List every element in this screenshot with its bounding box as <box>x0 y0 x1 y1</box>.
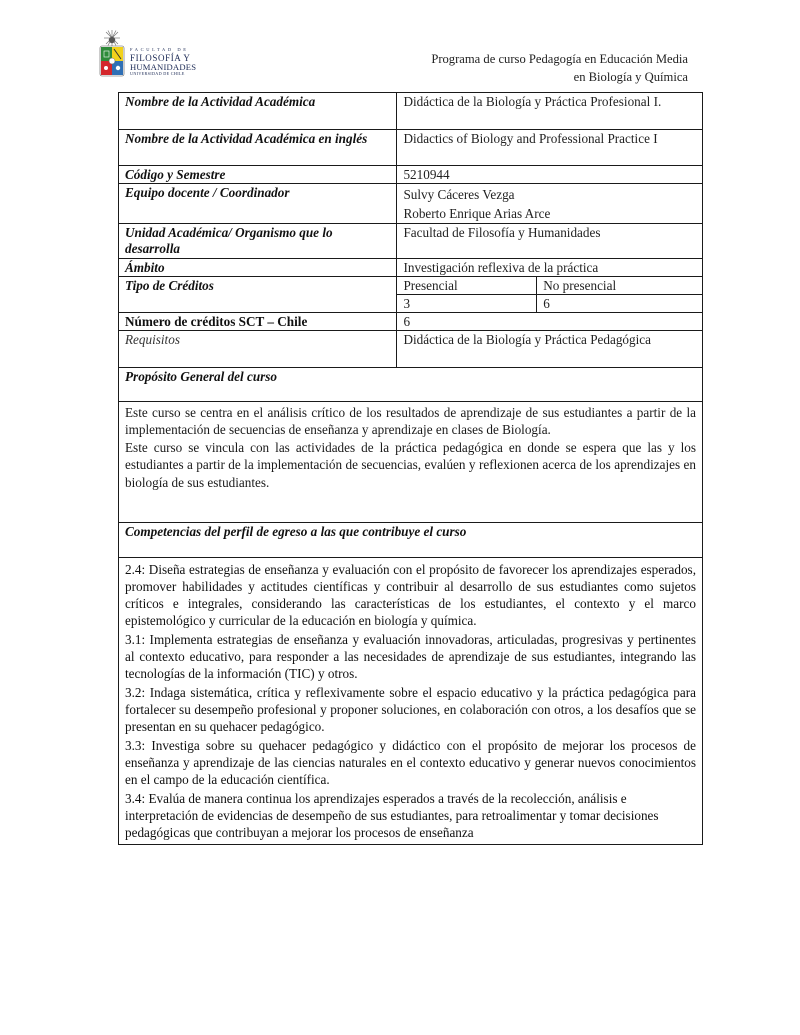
table-row: Tipo de Créditos Presencial No presencia… <box>119 277 703 295</box>
section-body-row: 2.4: Diseña estrategias de enseñanza y e… <box>119 558 703 845</box>
row-value: Investigación reflexiva de la práctica <box>397 259 703 277</box>
row-label: Nombre de la Actividad Académica <box>119 93 397 130</box>
row-value: Didactics of Biology and Professional Pr… <box>397 130 703 166</box>
row-label: Tipo de Créditos <box>119 277 397 313</box>
competencies-heading: Competencias del perfil de egreso a las … <box>119 523 703 558</box>
purpose-body: Este curso se centra en el análisis crít… <box>119 402 703 523</box>
row-label: Ámbito <box>119 259 397 277</box>
row-label: Unidad Académica/ Organismo que lo desar… <box>119 224 397 259</box>
table-row: Código y Semestre 5210944 <box>119 166 703 184</box>
faculty-logo: FACULTAD DE FILOSOFÍA Y HUMANIDADES UNIV… <box>99 29 199 79</box>
faculty-logo-text: FACULTAD DE FILOSOFÍA Y HUMANIDADES UNIV… <box>130 48 196 76</box>
teacher-name: Roberto Enrique Arias Arce <box>403 204 696 223</box>
row-value: Didáctica de la Biología y Práctica Prof… <box>397 93 703 130</box>
table-row: Unidad Académica/ Organismo que lo desar… <box>119 224 703 259</box>
row-value: Didáctica de la Biología y Práctica Peda… <box>397 331 703 368</box>
row-label: Nombre de la Actividad Académica en ingl… <box>119 130 397 166</box>
document-header-title: Programa de curso Pedagogía en Educación… <box>431 50 688 86</box>
row-label: Código y Semestre <box>119 166 397 184</box>
credit-type-value: 6 <box>537 295 703 313</box>
row-label: Requisitos <box>119 331 397 368</box>
logo-line-1: FACULTAD DE <box>130 48 196 53</box>
logo-line-4: UNIVERSIDAD DE CHILE <box>130 72 196 76</box>
competency-item: 3.2: Indaga sistemática, crítica y refle… <box>125 684 696 735</box>
row-value: 6 <box>397 313 703 331</box>
competency-item: 3.4: Evalúa de manera continua los apren… <box>125 790 696 841</box>
header-title-line-1: Programa de curso Pedagogía en Educación… <box>431 50 688 68</box>
row-label: Equipo docente / Coordinador <box>119 184 397 224</box>
section-heading-row: Propósito General del curso <box>119 368 703 402</box>
row-value: Sulvy Cáceres Vezga Roberto Enrique Aria… <box>397 184 703 224</box>
university-crest-icon <box>99 29 125 77</box>
logo-line-3: HUMANIDADES <box>130 63 196 72</box>
purpose-heading: Propósito General del curso <box>119 368 703 402</box>
competencies-body: 2.4: Diseña estrategias de enseñanza y e… <box>119 558 703 845</box>
purpose-paragraph: Este curso se vincula con las actividade… <box>125 439 696 491</box>
table-row: Número de créditos SCT – Chile 6 <box>119 313 703 331</box>
table-row: Ámbito Investigación reflexiva de la prá… <box>119 259 703 277</box>
competency-item: 2.4: Diseña estrategias de enseñanza y e… <box>125 561 696 629</box>
course-info-table: Nombre de la Actividad Académica Didácti… <box>118 92 703 845</box>
row-value: Facultad de Filosofía y Humanidades <box>397 224 703 259</box>
table-row: Requisitos Didáctica de la Biología y Pr… <box>119 331 703 368</box>
header-title-line-2: en Biología y Química <box>431 68 688 86</box>
competency-item: 3.1: Implementa estrategias de enseñanza… <box>125 631 696 682</box>
section-heading-row: Competencias del perfil de egreso a las … <box>119 523 703 558</box>
competency-item: 3.3: Investiga sobre su quehacer pedagóg… <box>125 737 696 788</box>
purpose-paragraph: Este curso se centra en el análisis crít… <box>125 404 696 439</box>
table-row: Nombre de la Actividad Académica en ingl… <box>119 130 703 166</box>
section-body-row: Este curso se centra en el análisis crít… <box>119 402 703 523</box>
credit-type-value: 3 <box>397 295 537 313</box>
credit-type-header: No presencial <box>537 277 703 295</box>
teacher-name: Sulvy Cáceres Vezga <box>403 185 696 204</box>
credit-type-header: Presencial <box>397 277 537 295</box>
table-row: Nombre de la Actividad Académica Didácti… <box>119 93 703 130</box>
row-label: Número de créditos SCT – Chile <box>119 313 397 331</box>
row-value: 5210944 <box>397 166 703 184</box>
table-row: Equipo docente / Coordinador Sulvy Cácer… <box>119 184 703 224</box>
